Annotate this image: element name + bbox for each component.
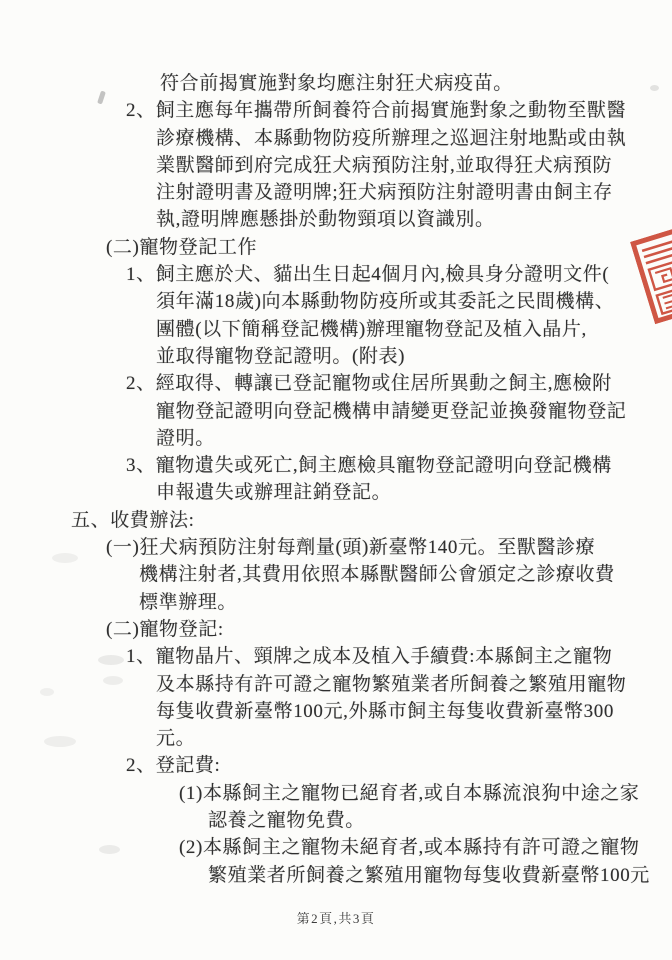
- document-line: 機構注射者,其費用依照本縣獸醫師公會頒定之診療收費: [0, 561, 672, 588]
- document-section-heading: 五、收費辦法:: [0, 507, 672, 534]
- document-section-heading: (二)寵物登記:: [0, 616, 672, 643]
- document-line: (1)本縣飼主之寵物已絕育者,或自本縣流浪狗中途之家: [0, 780, 672, 807]
- document-line: 每隻收費新臺幣100元,外縣市飼主每隻收費新臺幣300: [0, 698, 672, 725]
- document-line: 並取得寵物登記證明。(附表): [0, 343, 672, 370]
- document-line: 元。: [0, 725, 672, 752]
- document-page: 符合前揭實施對象均應注射狂犬病疫苗。 2、飼主應每年攜帶所飼養符合前揭實施對象之…: [0, 0, 672, 960]
- document-body: 符合前揭實施對象均應注射狂犬病疫苗。 2、飼主應每年攜帶所飼養符合前揭實施對象之…: [0, 70, 672, 889]
- document-line: 3、寵物遺失或死亡,飼主應檢具寵物登記證明向登記機構: [0, 452, 672, 479]
- document-line: 1、寵物晶片、頸牌之成本及植入手續費:本縣飼主之寵物: [0, 643, 672, 670]
- document-line: 2、經取得、轉讓已登記寵物或住居所異動之飼主,應檢附: [0, 370, 672, 397]
- document-line: 2、登記費:: [0, 752, 672, 779]
- document-line: 認養之寵物免費。: [0, 807, 672, 834]
- document-line: 2、飼主應每年攜帶所飼養符合前揭實施對象之動物至獸醫: [0, 97, 672, 124]
- document-line: 1、飼主應於犬、貓出生日起4個月內,檢具身分證明文件(: [0, 261, 672, 288]
- document-line: 證明。: [0, 425, 672, 452]
- document-line: 注射證明書及證明牌;狂犬病預防注射證明書由飼主存: [0, 179, 672, 206]
- document-line: 須年滿18歲)向本縣動物防疫所或其委託之民間機構、: [0, 288, 672, 315]
- document-line: (一)狂犬病預防注射每劑量(頭)新臺幣140元。至獸醫診療: [0, 534, 672, 561]
- document-section-heading: (二)寵物登記工作: [0, 234, 672, 261]
- document-line: (2)本縣飼主之寵物未絕育者,或本縣持有許可證之寵物: [0, 834, 672, 861]
- document-line: 繁殖業者所飼養之繁殖用寵物每隻收費新臺幣100元: [0, 862, 672, 889]
- document-line: 寵物登記證明向登記機構申請變更登記並換發寵物登記: [0, 398, 672, 425]
- document-line: 標準辦理。: [0, 589, 672, 616]
- document-line: 符合前揭實施對象均應注射狂犬病疫苗。: [0, 70, 672, 97]
- document-line: 團體(以下簡稱登記機構)辦理寵物登記及植入晶片,: [0, 316, 672, 343]
- document-line: 申報遺失或辦理註銷登記。: [0, 479, 672, 506]
- document-line: 及本縣持有許可證之寵物繁殖業者所飼養之繁殖用寵物: [0, 671, 672, 698]
- document-line: 診療機構、本縣動物防疫所辦理之巡迴注射地點或由執: [0, 125, 672, 152]
- document-line: 業獸醫師到府完成狂犬病預防注射,並取得狂犬病預防: [0, 152, 672, 179]
- page-number: 第2頁,共3頁: [0, 908, 672, 927]
- document-line: 執,證明牌應懸掛於動物頸項以資識別。: [0, 206, 672, 233]
